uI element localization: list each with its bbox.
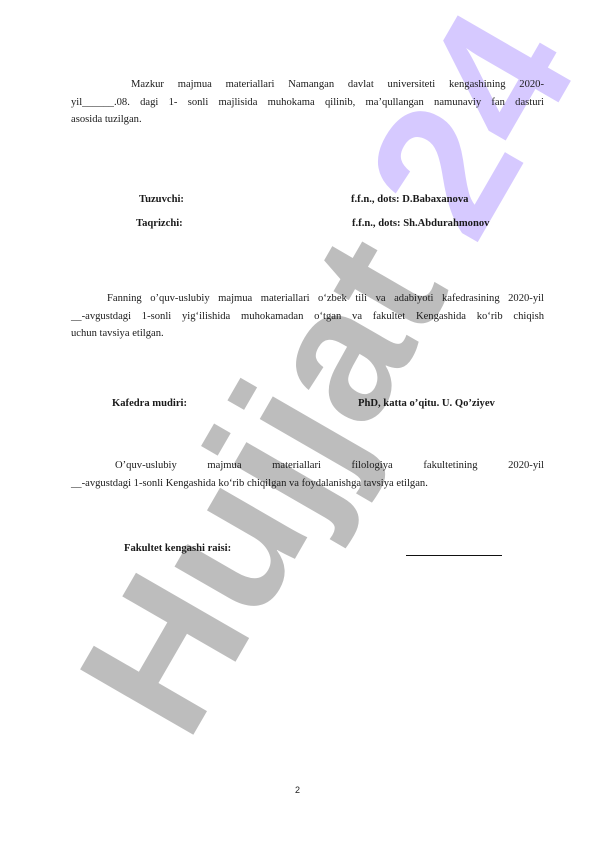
page-number: 2 — [0, 785, 595, 795]
head-of-department-name: PhD, katta o’qitu. U. Qo’ziyev — [358, 398, 495, 409]
intro-paragraph: Mazkur majmua materiallari Namangan davl… — [71, 76, 544, 129]
faculty-line-2: __-avgustdagi 1-sonli Kengashida ko‘rib … — [71, 475, 544, 493]
faculty-council-chair-label: Fakultet kengashi raisi: — [124, 543, 231, 554]
department-paragraph: Fanning o’quv-uslubiy majmua materiallar… — [71, 290, 544, 343]
intro-line-2: yil______.08. dagi 1- sonli majlisida mu… — [71, 94, 544, 112]
document-content: Mazkur majmua materiallari Namangan davl… — [0, 0, 595, 842]
reviewer-label: Taqrizchi: — [136, 218, 183, 229]
signature-line — [406, 555, 502, 556]
department-line-2: __-avgustdagi 1-sonli yig‘ilishida muhok… — [71, 308, 544, 326]
intro-line-1: Mazkur majmua materiallari Namangan davl… — [71, 76, 544, 94]
intro-line-3: asosida tuzilgan. — [71, 111, 544, 129]
department-line-3: uchun tavsiya etilgan. — [71, 325, 544, 343]
faculty-line-1: O’quv-uslubiy majmua materiallari filolo… — [71, 457, 544, 475]
faculty-paragraph: O’quv-uslubiy majmua materiallari filolo… — [71, 457, 544, 492]
reviewer-name: f.f.n., dots: Sh.Abdurahmonov — [352, 218, 489, 229]
head-of-department-label: Kafedra mudiri: — [112, 398, 187, 409]
document-page: Hujjat 24 Mazkur majmua materiallari Nam… — [0, 0, 595, 842]
compiler-label: Tuzuvchi: — [139, 194, 184, 205]
compiler-name: f.f.n., dots: D.Babaxanova — [351, 194, 468, 205]
department-line-1: Fanning o’quv-uslubiy majmua materiallar… — [71, 290, 544, 308]
